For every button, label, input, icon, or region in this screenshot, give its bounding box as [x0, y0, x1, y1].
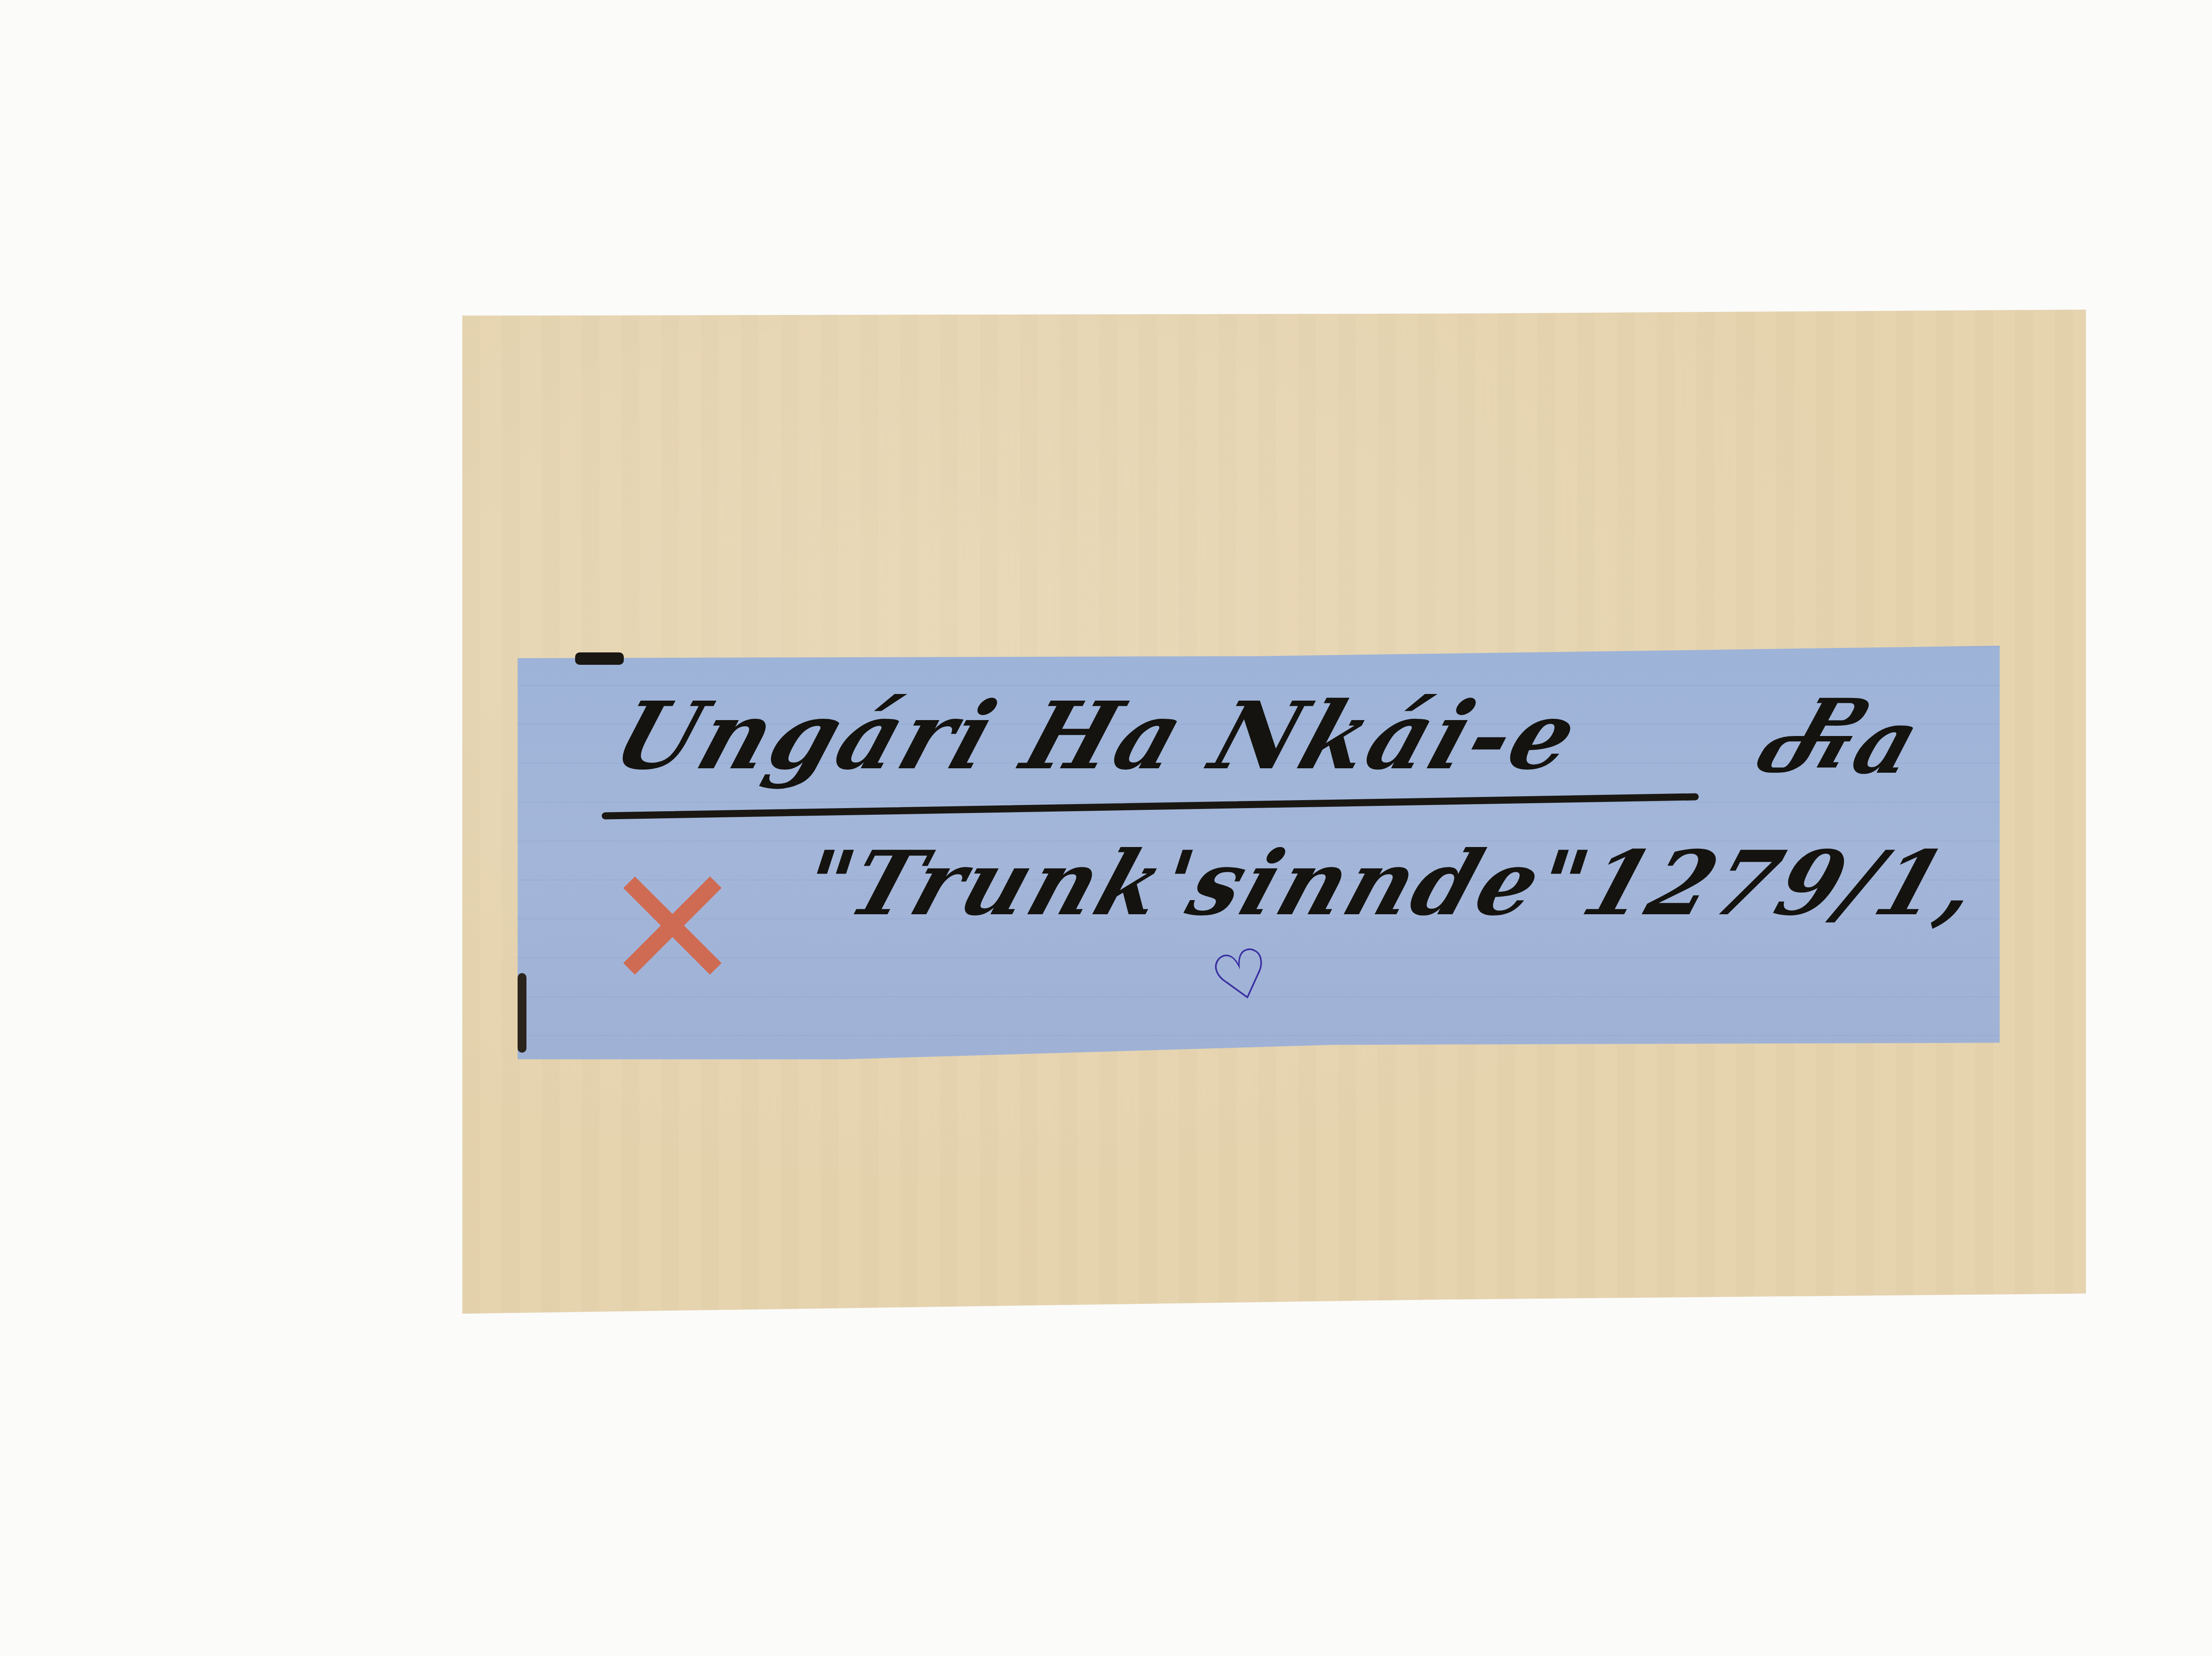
handwritten-line-1: Ungári Ha Nkái-e: [602, 681, 1593, 790]
handwritten-line-2: "Trunk'sinnde"1279/1,: [788, 832, 1994, 935]
ink-mark-left-edge: [518, 973, 526, 1053]
ink-mark-top-left: [575, 652, 624, 665]
struck-through-word: Ⴥa: [1751, 690, 1970, 778]
red-x-mark-icon: ✕: [602, 840, 743, 1017]
